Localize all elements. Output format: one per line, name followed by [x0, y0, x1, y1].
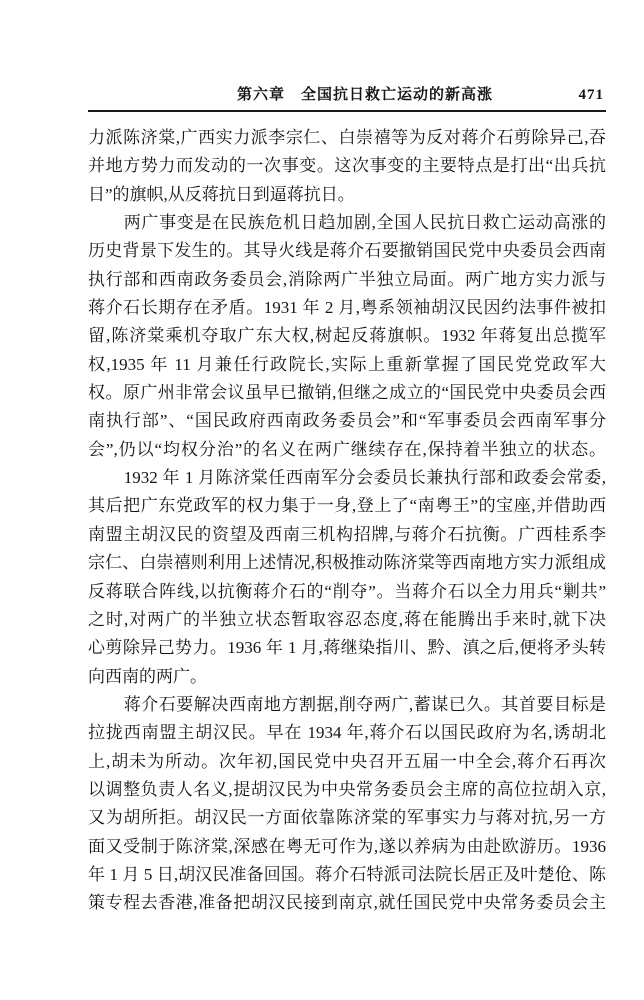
- chapter-heading: 第六章 全国抗日救亡运动的新高涨: [237, 87, 493, 103]
- paragraph: 1932 年 1 月陈济棠任西南军分会委员长兼执行部和政委会常委,其后把广东党政…: [88, 464, 606, 691]
- text-line: 历史背景下发生的。其导火线是蒋介石要撤销国民党中央委员会西南: [88, 237, 606, 265]
- text-line: 以调整负责人名义,提胡汉民为中央常务委员会主席的高位拉胡入京,: [88, 776, 606, 804]
- text-line: 反蒋联合阵线,以抗衡蒋介石的“削夺”。当蒋介石以全力用兵“剿共”: [88, 578, 606, 606]
- text-line: 又为胡所拒。胡汉民一方面依靠陈济棠的军事实力与蒋对抗,另一方: [88, 804, 606, 832]
- text-line: 宗仁、白崇禧则利用上述情况,积极推动陈济棠等西南地方实力派组成: [88, 549, 606, 577]
- text-line: 并地方势力而发动的一次事变。这次事变的主要特点是打出“出兵抗: [88, 152, 606, 180]
- page-number: 471: [579, 84, 605, 106]
- text-line: 年 1 月 5 日,胡汉民准备回国。蒋介石特派司法院长居正及叶楚伧、陈: [88, 861, 606, 889]
- text-line: 会”,仍以“均权分治”的名义在两广继续存在,保持着半独立的状态。: [88, 436, 606, 464]
- text-line: 拉拢西南盟主胡汉民。早在 1934 年,蒋介石以国民政府为名,诱胡北: [88, 719, 606, 747]
- text-line: 向西南的两广。: [88, 663, 606, 691]
- paragraph: 蒋介石要解决西南地方割据,削夺两广,蓄谋已久。其首要目标是拉拢西南盟主胡汉民。早…: [88, 691, 606, 918]
- text-line: 蒋介石长期存在矛盾。1931 年 2 月,粤系领袖胡汉民因约法事件被扣: [88, 294, 606, 322]
- text-line: 蒋介石要解决西南地方割据,削夺两广,蓄谋已久。其首要目标是: [88, 691, 606, 719]
- text-line: 南执行部”、“国民政府西南政务委员会”和“军事委员会西南军事分: [88, 407, 606, 435]
- text-line: 权。原广州非常会议虽早已撤销,但继之成立的“国民党中央委员会西: [88, 379, 606, 407]
- text-line: 面又受制于陈济棠,深感在粤无可作为,遂以养病为由赴欧游历。1936: [88, 833, 606, 861]
- paragraph: 两广事变是在民族危机日趋加剧,全国人民抗日救亡运动高涨的历史背景下发生的。其导火…: [88, 209, 606, 464]
- header-rule: [88, 110, 606, 112]
- book-page: 第六章 全国抗日救亡运动的新高涨 471 力派陈济棠,广西实力派李宗仁、白崇禧等…: [0, 0, 644, 1000]
- text-line: 执行部和西南政务委员会,消除两广半独立局面。两广地方实力派与: [88, 266, 606, 294]
- text-line: 之时,对两广的半独立状态暂取容忍态度,蒋在能腾出手来时,就下决: [88, 606, 606, 634]
- text-line: 南盟主胡汉民的资望及西南三机构招牌,与蒋介石抗衡。广西桂系李: [88, 521, 606, 549]
- text-line: 1932 年 1 月陈济棠任西南军分会委员长兼执行部和政委会常委,: [88, 464, 606, 492]
- text-line: 力派陈济棠,广西实力派李宗仁、白崇禧等为反对蒋介石剪除异己,吞: [88, 124, 606, 152]
- text-line: 日”的旗帜,从反蒋抗日到逼蒋抗日。: [88, 181, 606, 209]
- paragraph: 力派陈济棠,广西实力派李宗仁、白崇禧等为反对蒋介石剪除异己,吞并地方势力而发动的…: [88, 124, 606, 209]
- text-line: 其后把广东党政军的权力集于一身,登上了“南粤王”的宝座,并借助西: [88, 492, 606, 520]
- body-text: 力派陈济棠,广西实力派李宗仁、白崇禧等为反对蒋介石剪除异己,吞并地方势力而发动的…: [88, 124, 606, 918]
- page-header: 第六章 全国抗日救亡运动的新高涨 471: [88, 84, 606, 106]
- text-line: 上,胡未为所动。次年初,国民党中央召开五届一中全会,蒋介石再次: [88, 748, 606, 776]
- text-line: 策专程去香港,准备把胡汉民接到南京,就任国民党中央常务委员会主: [88, 889, 606, 917]
- text-line: 留,陈济棠乘机夺取广东大权,树起反蒋旗帜。1932 年蒋复出总揽军: [88, 322, 606, 350]
- text-line: 权,1935 年 11 月兼任行政院长,实际上重新掌握了国民党党政军大: [88, 351, 606, 379]
- text-line: 心剪除异己势力。1936 年 1 月,蒋继染指川、黔、滇之后,便将矛头转: [88, 634, 606, 662]
- text-line: 两广事变是在民族危机日趋加剧,全国人民抗日救亡运动高涨的: [88, 209, 606, 237]
